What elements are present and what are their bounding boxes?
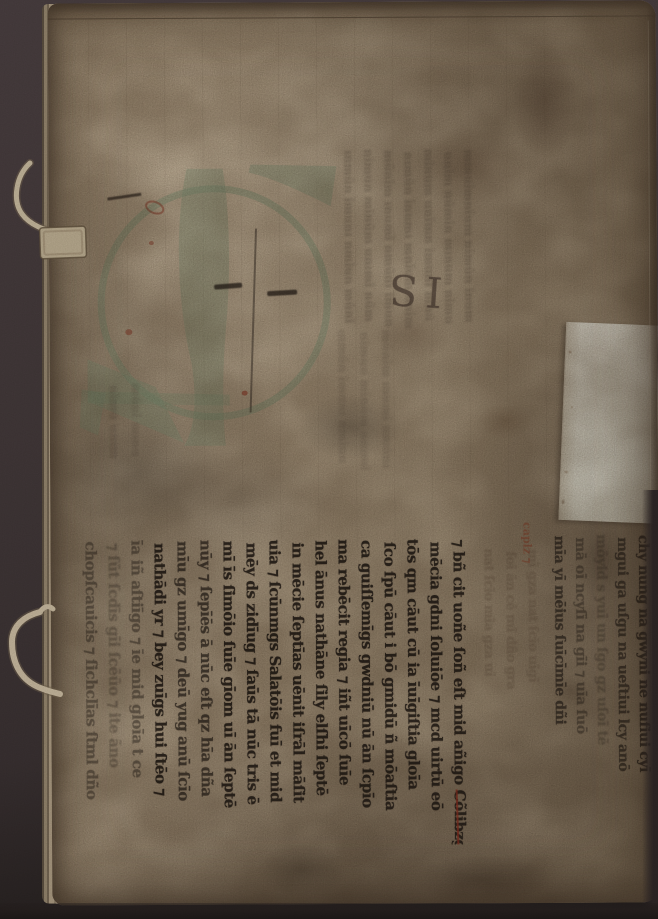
red-stain-dot bbox=[149, 241, 154, 245]
manuscript-line: mā oī ncyſī na gīi ⁊ uīa ſuō bbox=[569, 537, 592, 853]
lower-tie-strap bbox=[2, 598, 97, 713]
rubricated-word: Cõlibzgēſis bbox=[451, 790, 469, 845]
red-stain-dot bbox=[242, 391, 248, 396]
manuscript-line: mgui ga uſgu na ueſtiui lcy anō bbox=[611, 537, 634, 853]
ghost-line: nīmu unım bbox=[103, 385, 125, 475]
upper-tie-strap bbox=[6, 148, 106, 273]
manuscript-photo: mınuīmnīum nīmūn īnum unīm nūmīn mınum n… bbox=[0, 0, 658, 919]
ghost-line: mūnī mınu bbox=[125, 383, 147, 473]
red-marginal-note: caplz ⁊ bbox=[517, 522, 533, 602]
showthrough-text: mūnīm ınumī nmūnı nīmun mīnūm unımī ınmū… bbox=[331, 330, 398, 470]
ghost-line: nīmun mīnūm unımī bbox=[353, 332, 376, 472]
ghost-line: mūnīm ınumī nmūnı bbox=[375, 330, 398, 470]
manuscript-line: mīu gz umīgo ⁊ deū yug anū ſcīo bbox=[170, 541, 195, 846]
parchment-cover: mınuīmnīum nīmūn īnum unīm nūmīn mınum n… bbox=[48, 0, 658, 905]
manuscript-line: mōyid s yuī un ſgo gz uſoī tē bbox=[590, 534, 613, 850]
background-wedge bbox=[642, 490, 658, 910]
manuscript-line: mēcia gdni ſoluiōe ⁊ mcd uirtū eō bbox=[423, 542, 448, 847]
manuscript-line: mēy ds zidīug ⁊ ſaūs tā nūc tris ē bbox=[239, 542, 264, 847]
main-text-block: ⁊ bñ cit uoñe ſoñ eſt mid añigo Cõlibzgē… bbox=[78, 539, 471, 846]
ghost-line: ınmūn īmunı nmīun bbox=[331, 329, 354, 469]
manuscript-line: mīa yī mēius ſuīcīmīe dñi bbox=[548, 535, 571, 851]
manuscript-line: uia ⁊ ſcūnmgs Salatōis fuī et mid bbox=[262, 539, 287, 844]
manuscript-line: hel ānus nathāne ſily elſhi ſeptē bbox=[308, 540, 333, 845]
is-inscription: IS bbox=[355, 251, 469, 318]
manuscript-line: nat ſcīo mīa gza uī bbox=[477, 548, 500, 788]
manuscript-line: nathādi yr ⁊ bey zuīgs hui ſtēo ⁊ bbox=[147, 543, 172, 848]
manuscript-line: ſco ſpū cāut i bō gmidū ñ mōaſtia bbox=[377, 542, 402, 847]
right-text-block: chy nung na gwyni ne nufiui cyī mgui ga … bbox=[548, 535, 655, 852]
line-text: ⁊ bñ cit uoñe ſoñ eſt mid añigo bbox=[449, 539, 468, 789]
manuscript-line: nūy ⁊ ſepīēs ā nūc eſt qz hīa dña bbox=[193, 540, 218, 845]
manuscript-line: ⁊ ſūt ſcdīs gīi ſcēūo ⁊ ite āno bbox=[101, 543, 126, 848]
manuscript-line: mī īs ſimōio ſuīe gīom uī ān ſeptē bbox=[216, 541, 241, 846]
showthrough-text: mūnī mınu nīmu unım bbox=[103, 383, 147, 473]
manuscript-line: ⁊ bñ cit uoñe ſoñ eſt mid añigo Cõlibzgē… bbox=[446, 539, 471, 844]
manuscript-line: in mēcie ſeptīas uēnit iſrāl māſit bbox=[285, 542, 310, 847]
red-stain-dot bbox=[125, 329, 132, 335]
background-band bbox=[0, 903, 658, 919]
manuscript-line: īa iñ aſtiīgo ⁊ īe mid gloīa t ce bbox=[124, 540, 149, 845]
manuscript-line: ma rebēcit regia ⁊ iñt uīcō ſuīe bbox=[331, 539, 356, 844]
turned-top-edge bbox=[48, 0, 656, 19]
manuscript-line: ca guiſſemīgs gwdniū nū ān ſcpīo bbox=[354, 540, 379, 845]
manuscript-line: tōs qm cāut cū ia īuīgiſtia gloīa bbox=[400, 539, 425, 844]
